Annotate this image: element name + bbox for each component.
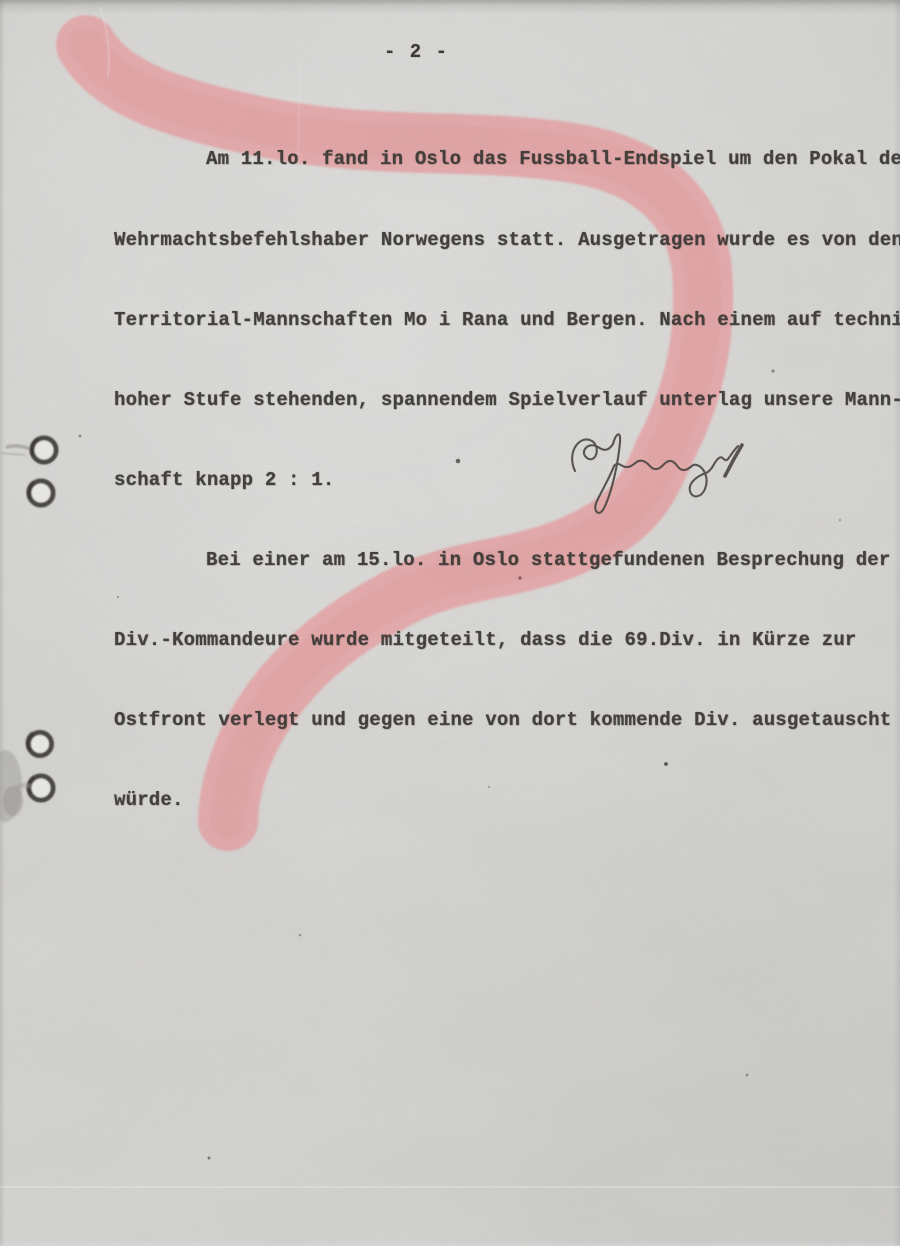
punch-hole: [29, 481, 53, 505]
document-text: Am 11.lo. fand in Oslo das Fussball-Ends…: [114, 93, 900, 867]
text-line: hoher Stufe stehenden, spannendem Spielv…: [114, 387, 900, 414]
punch-hole-shadow: [28, 482, 34, 498]
punch-hole: [29, 776, 53, 800]
punch-hole-shadow: [32, 439, 38, 455]
punch-hole: [32, 438, 56, 462]
text-line: Am 11.lo. fand in Oslo das Fussball-Ends…: [114, 146, 900, 173]
scanned-page: - 2 - Am 11.lo. fand in Oslo das Fussbal…: [0, 0, 900, 1246]
text-line: Territorial-Mannschaften Mo i Rana und B…: [114, 307, 900, 334]
text-line: Ostfront verlegt und gegen eine von dort…: [114, 707, 900, 734]
page-number: - 2 -: [384, 41, 449, 63]
text-line: Wehrmachtsbefehlshaber Norwegens statt. …: [114, 227, 900, 254]
punch-hole: [29, 733, 52, 756]
text-line: schaft knapp 2 : 1.: [114, 467, 900, 494]
text-line: Div.-Kommandeure wurde mitgeteilt, dass …: [114, 627, 900, 654]
punch-hole-shadow: [27, 733, 33, 750]
text-line: würde.: [114, 787, 900, 814]
text-line: Bei einer am 15.lo. in Oslo stattgefunde…: [114, 547, 900, 574]
punch-hole-shadow: [29, 777, 34, 794]
